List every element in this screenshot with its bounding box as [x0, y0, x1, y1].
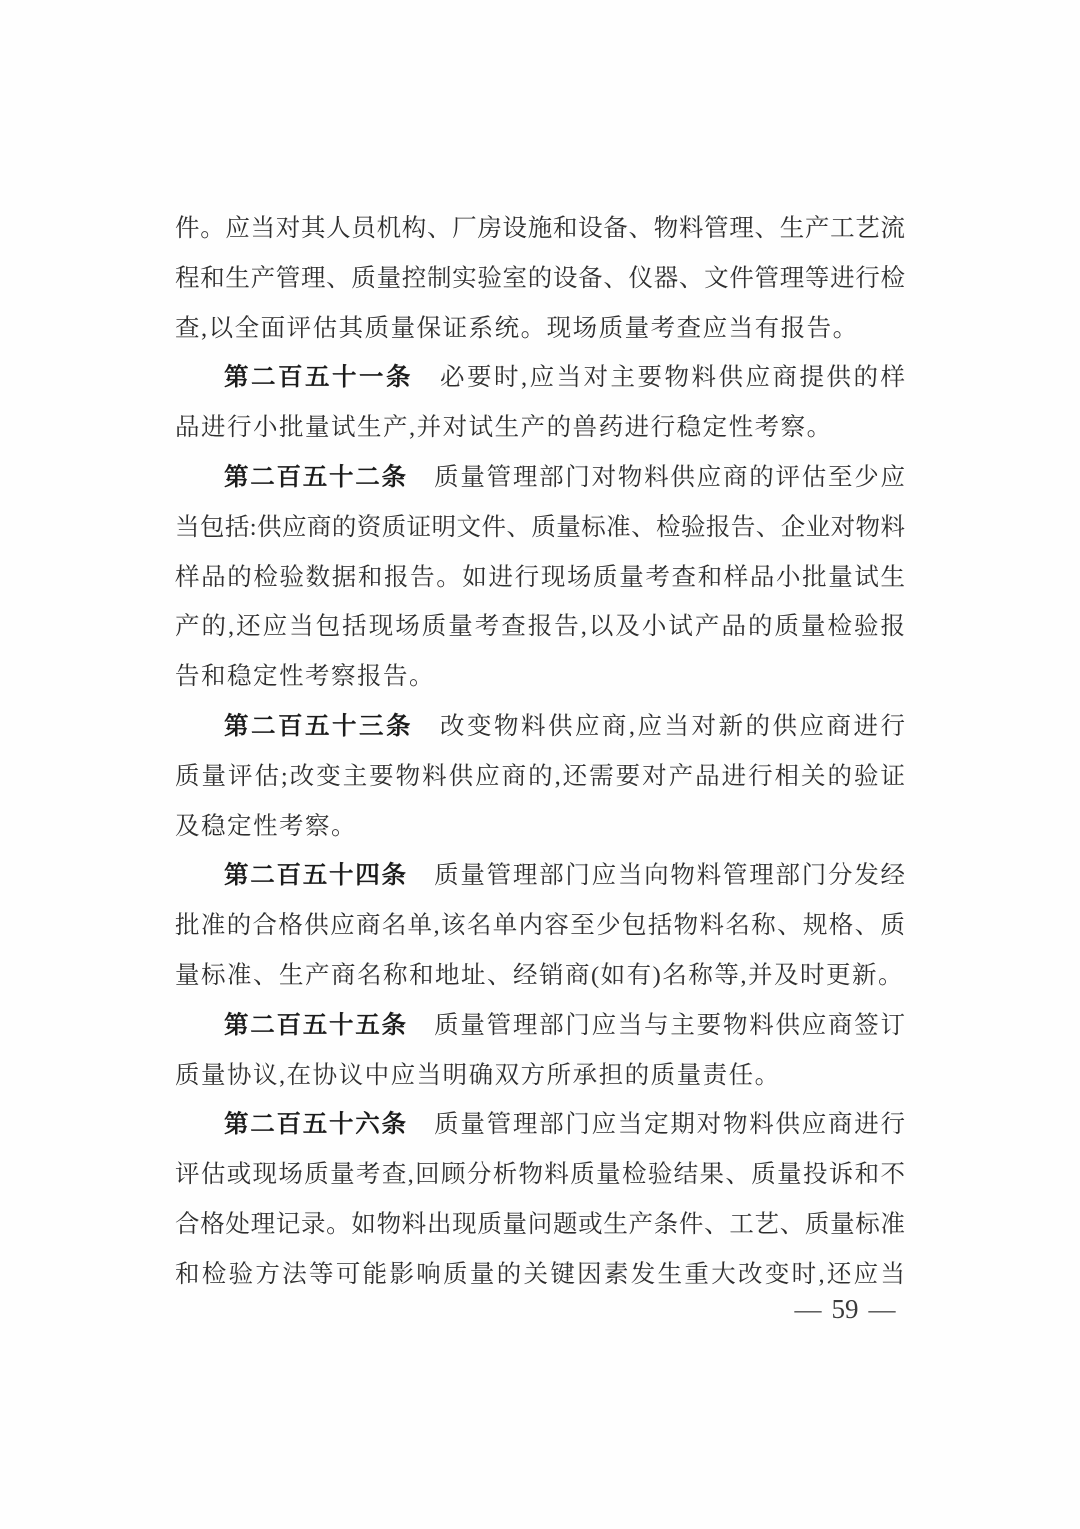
page-number-dash-right: —: [859, 1294, 906, 1324]
text-line: 第二百五十三条 改变物料供应商,应当对新的供应商进行: [175, 702, 905, 752]
text-line: 第二百五十六条 质量管理部门应当定期对物料供应商进行: [175, 1100, 905, 1150]
page-number-dash-left: —: [785, 1294, 832, 1324]
text-line: 样品的检验数据和报告。如进行现场质量考查和样品小批量试生: [175, 553, 905, 603]
page-number-value: 59: [832, 1294, 859, 1324]
text-line: 查,以全面评估其质量保证系统。现场质量考查应当有报告。: [175, 304, 905, 354]
text-line: 量标准、生产商名称和地址、经销商(如有)名称等,并及时更新。: [175, 951, 905, 1001]
text-line: 品进行小批量试生产,并对试生产的兽药进行稳定性考察。: [175, 403, 905, 453]
text-line: 批准的合格供应商名单,该名单内容至少包括物料名称、规格、质: [175, 901, 905, 951]
text-block: 件。应当对其人员机构、厂房设施和设备、物料管理、生产工艺流程和生产管理、质量控制…: [175, 204, 905, 1300]
text-line: 第二百五十四条 质量管理部门应当向物料管理部门分发经: [175, 851, 905, 901]
article-number: 第二百五十四条: [224, 862, 408, 889]
text-line: 产的,还应当包括现场质量考查报告,以及小试产品的质量检验报: [175, 602, 905, 652]
page-number: —59—: [775, 1291, 915, 1327]
text-line: 质量协议,在协议中应当明确双方所承担的质量责任。: [175, 1051, 905, 1101]
text-line: 及稳定性考察。: [175, 802, 905, 852]
text-line: 程和生产管理、质量控制实验室的设备、仪器、文件管理等进行检: [175, 254, 905, 304]
article-number: 第二百五十三条: [224, 713, 413, 740]
text-line: 告和稳定性考察报告。: [175, 652, 905, 702]
article-number: 第二百五十一条: [224, 364, 413, 391]
text-line: 第二百五十一条 必要时,应当对主要物料供应商提供的样: [175, 353, 905, 403]
document-page: 件。应当对其人员机构、厂房设施和设备、物料管理、生产工艺流程和生产管理、质量控制…: [0, 0, 1080, 1529]
text-line: 第二百五十五条 质量管理部门应当与主要物料供应商签订: [175, 1001, 905, 1051]
text-line: 合格处理记录。如物料出现质量问题或生产条件、工艺、质量标准: [175, 1200, 905, 1250]
text-line: 件。应当对其人员机构、厂房设施和设备、物料管理、生产工艺流: [175, 204, 905, 254]
article-number: 第二百五十二条: [224, 464, 408, 491]
text-line: 当包括:供应商的资质证明文件、质量标准、检验报告、企业对物料: [175, 503, 905, 553]
text-line: 评估或现场质量考查,回顾分析物料质量检验结果、质量投诉和不: [175, 1150, 905, 1200]
text-line: 质量评估;改变主要物料供应商的,还需要对产品进行相关的验证: [175, 752, 905, 802]
article-number: 第二百五十六条: [224, 1111, 408, 1138]
article-number: 第二百五十五条: [224, 1012, 408, 1039]
text-line: 第二百五十二条 质量管理部门对物料供应商的评估至少应: [175, 453, 905, 503]
